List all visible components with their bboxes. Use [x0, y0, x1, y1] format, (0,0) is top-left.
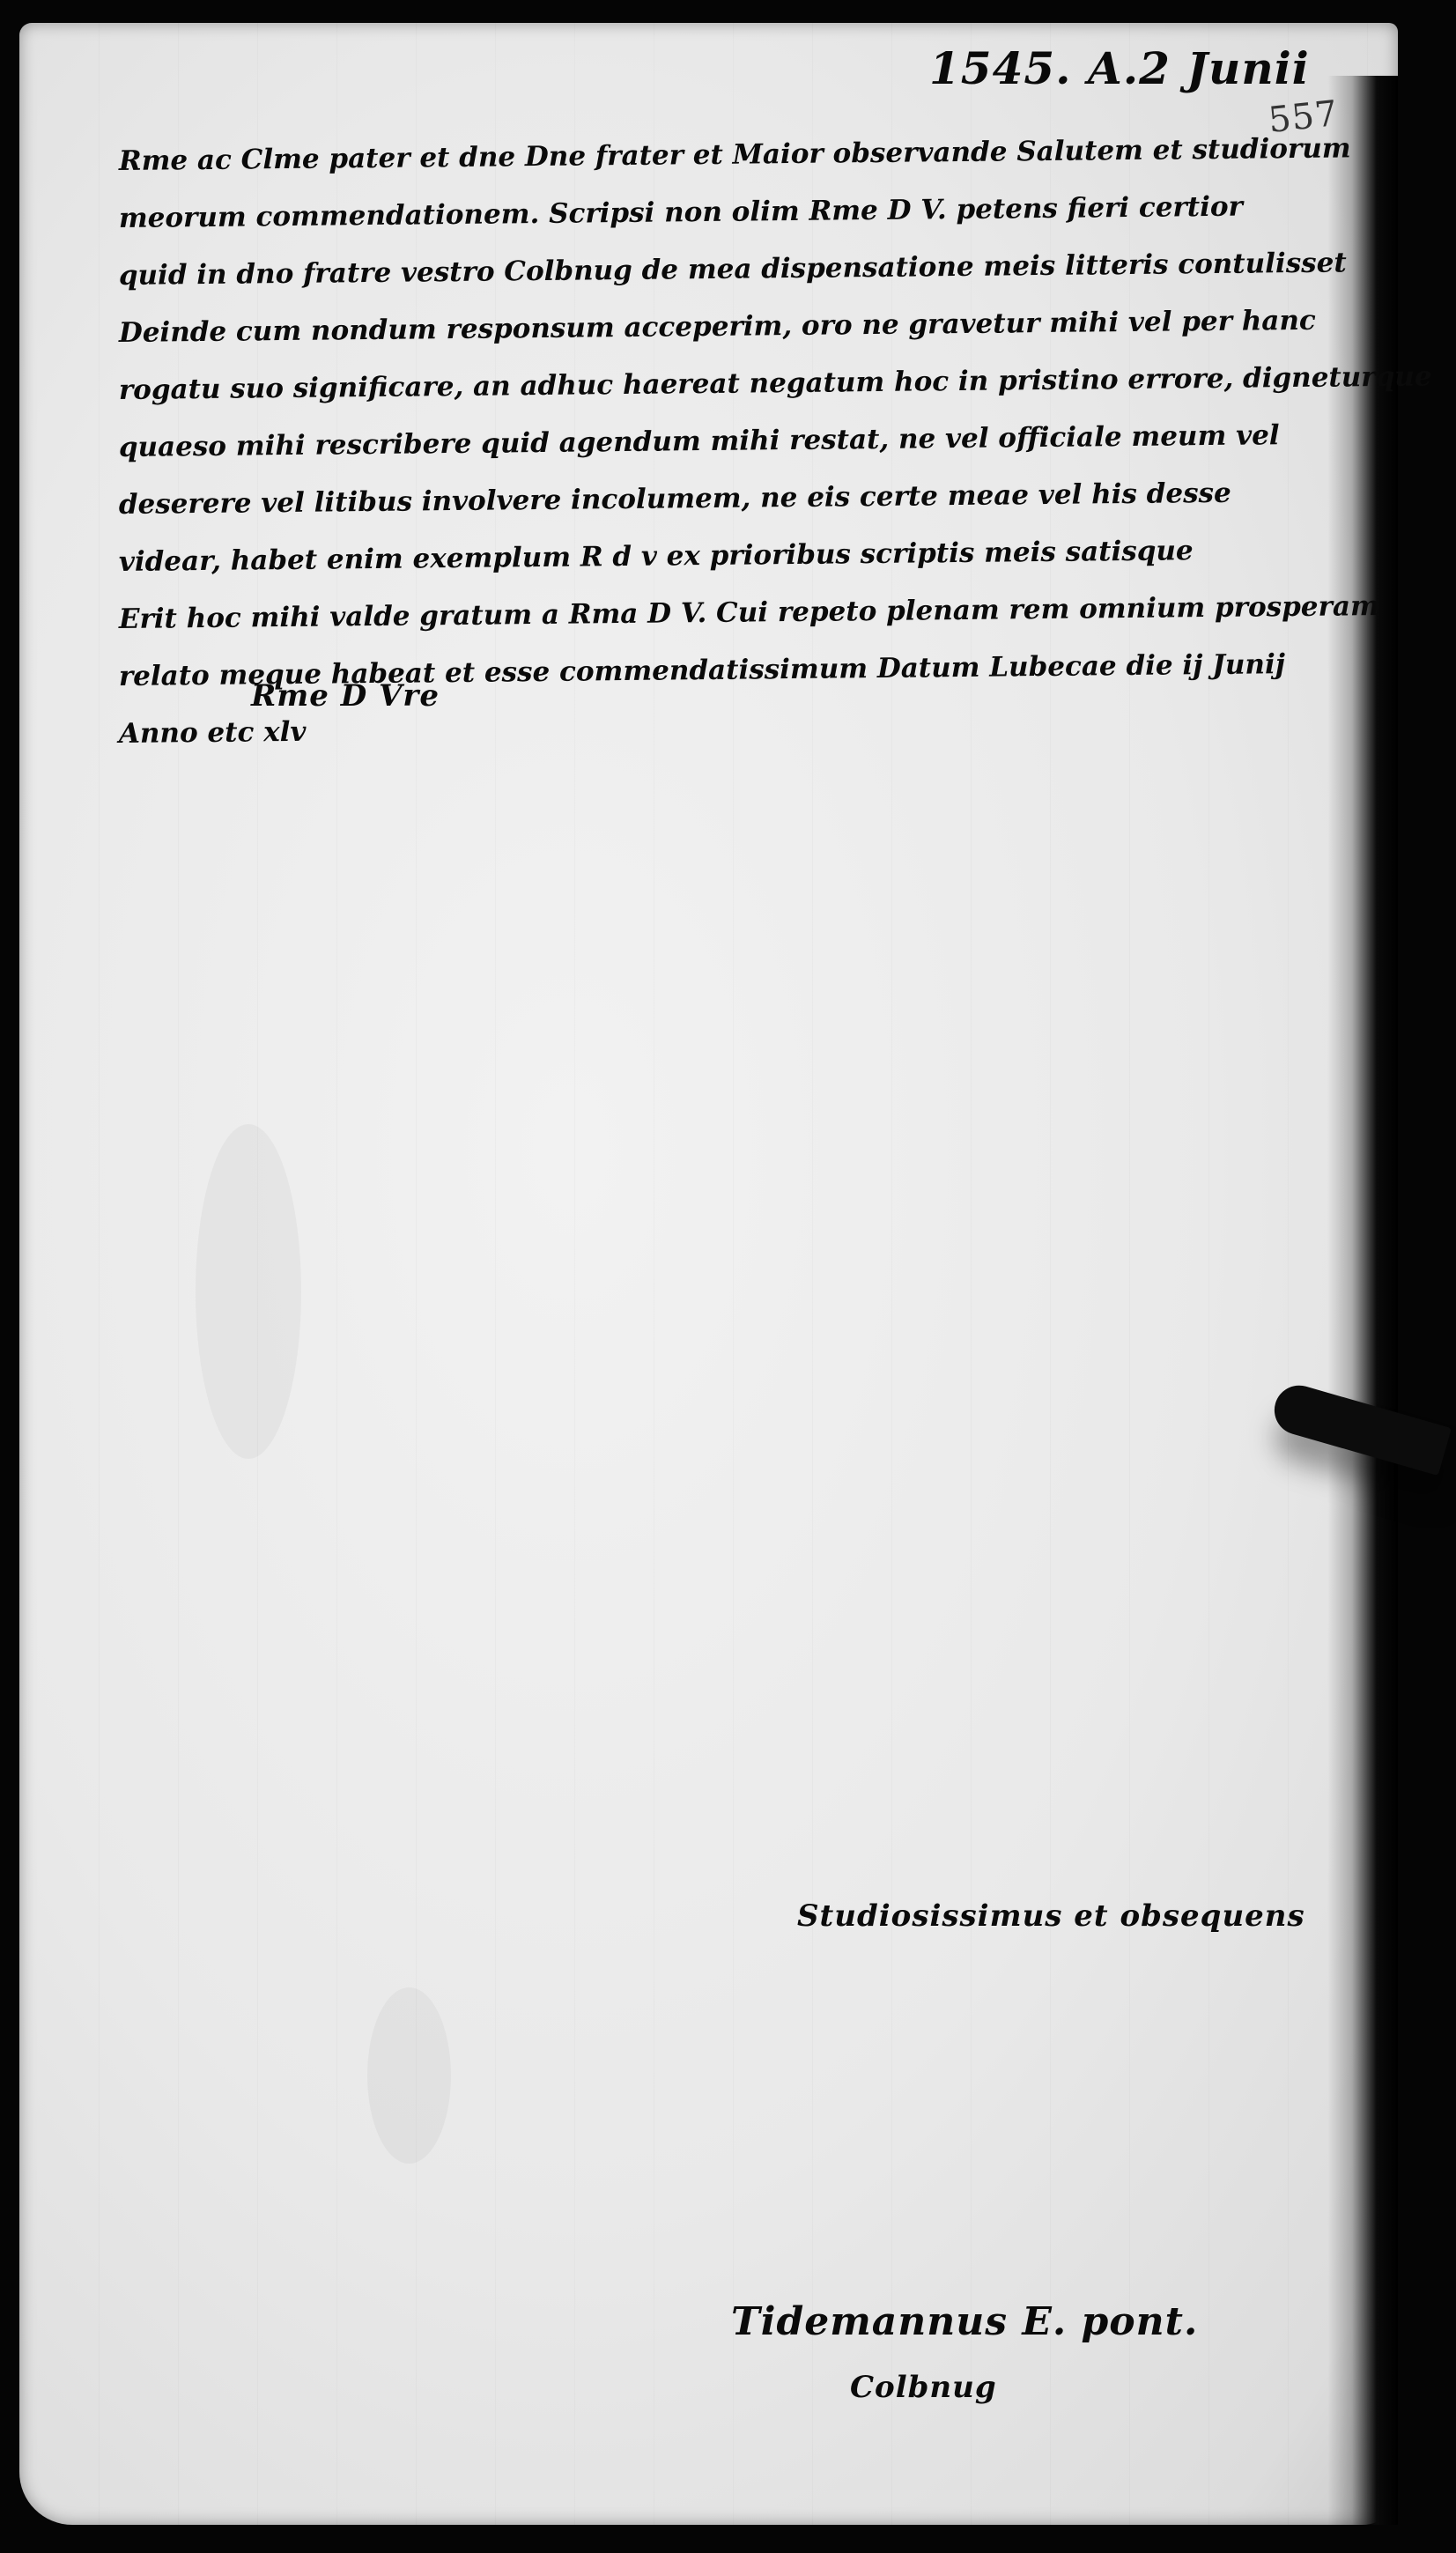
water-stain [367, 1987, 451, 2164]
signature-name: Tidemannus E. pont. [731, 2299, 1198, 2344]
signature-place: Colbnug [850, 2370, 997, 2405]
date-note: 1545. A.2 Junii [929, 42, 1310, 94]
letter-line: Anno etc xlv [119, 705, 1379, 775]
water-stain [196, 1124, 301, 1459]
scan-background: 1545. A.2 Junii 557 Rme ac Clme pater et… [0, 0, 1456, 2553]
salutation: Rme D Vre [251, 678, 440, 714]
closing-formula: Studiosissimus et obsequens [797, 1898, 1305, 1934]
